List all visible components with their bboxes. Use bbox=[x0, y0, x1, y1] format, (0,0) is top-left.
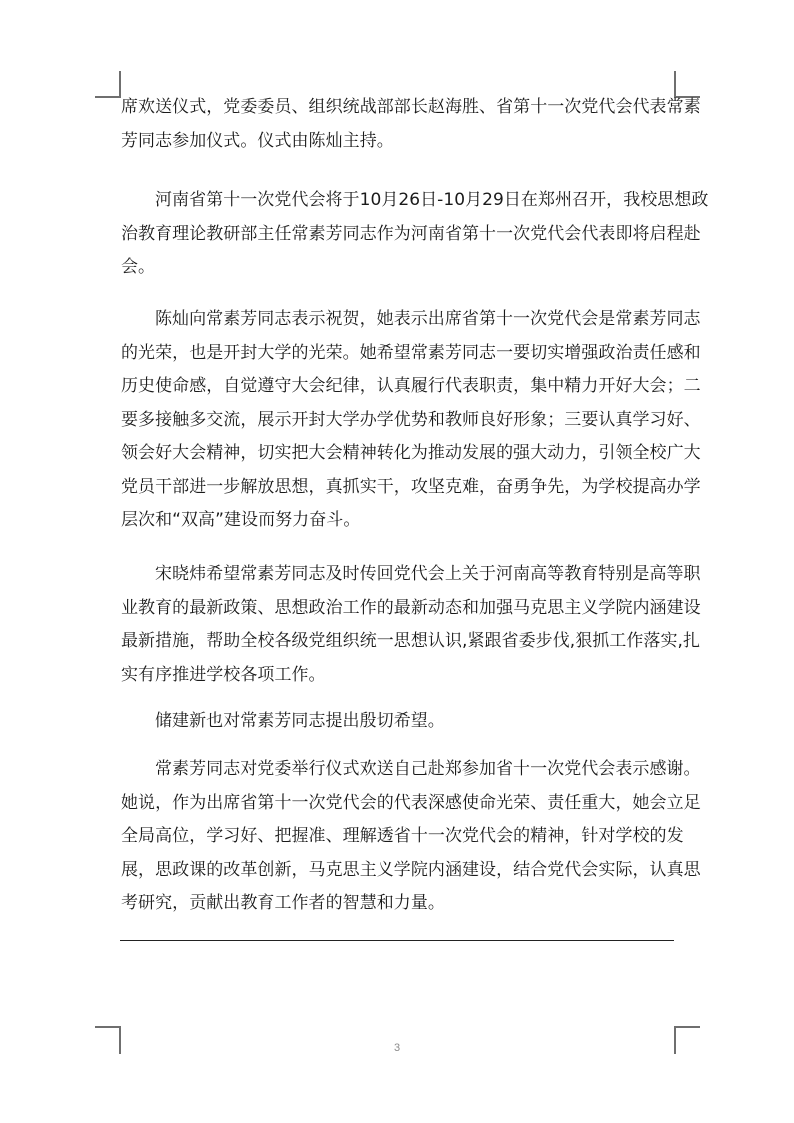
document-page: 席欢送仪式，党委委员、组织统战部部长赵海胜、省第十一次党代会代表常素 芳同志参加… bbox=[0, 0, 794, 1123]
text-line: 席欢送仪式，党委委员、组织统战部部长赵海胜、省第十一次党代会代表常素 bbox=[121, 91, 674, 125]
text-line: 河南省第十一次党代会将于10月26日-10月29日在郑州召开，我校思想政 bbox=[121, 184, 674, 218]
text-line: 实有序推进学校各项工作。 bbox=[121, 659, 674, 693]
page-number: 3 bbox=[0, 1042, 794, 1054]
crop-mark-top-right bbox=[674, 71, 700, 98]
text-line: 陈灿向常素芳同志表示祝贺，她表示出席省第十一次党代会是常素芳同志 bbox=[121, 303, 674, 337]
text-line: 全局高位，学习好、把握准、理解透省十一次党代会的精神，针对学校的发 bbox=[121, 820, 674, 854]
text-line: 芳同志参加仪式。仪式由陈灿主持。 bbox=[121, 125, 674, 159]
text-line: 领会好大会精神，切实把大会精神转化为推动发展的强大动力，引领全校广大 bbox=[121, 437, 674, 471]
paragraph-1: 席欢送仪式，党委委员、组织统战部部长赵海胜、省第十一次党代会代表常素 芳同志参加… bbox=[121, 91, 674, 158]
text-line: 党员干部进一步解放思想，真抓实干，攻坚克难，奋勇争先，为学校提高办学 bbox=[121, 471, 674, 505]
paragraph-3: 陈灿向常素芳同志表示祝贺，她表示出席省第十一次党代会是常素芳同志 的光荣，也是开… bbox=[121, 303, 674, 538]
crop-mark-top-left bbox=[95, 71, 121, 98]
text-line: 历史使命感，自觉遵守大会纪律，认真履行代表职责，集中精力开好大会；二 bbox=[121, 370, 674, 404]
text-line: 储建新也对常素芳同志提出殷切希望。 bbox=[121, 705, 674, 739]
horizontal-rule bbox=[120, 940, 674, 941]
text-line: 考研究，贡献出教育工作者的智慧和力量。 bbox=[121, 887, 674, 921]
paragraph-4: 宋晓炜希望常素芳同志及时传回党代会上关于河南高等教育特别是高等职 业教育的最新政… bbox=[121, 558, 674, 692]
text-line: 宋晓炜希望常素芳同志及时传回党代会上关于河南高等教育特别是高等职 bbox=[121, 558, 674, 592]
text-line: 业教育的最新政策、思想政治工作的最新动态和加强马克思主义学院内涵建设 bbox=[121, 592, 674, 626]
text-line: 要多接触多交流，展示开封大学办学优势和教师良好形象；三要认真学习好、 bbox=[121, 404, 674, 438]
paragraph-6: 常素芳同志对党委举行仪式欢送自己赴郑参加省十一次党代会表示感谢。 她说，作为出席… bbox=[121, 753, 674, 921]
text-line: 最新措施，帮助全校各级党组织统一思想认识,紧跟省委步伐,狠抓工作落实,扎 bbox=[121, 625, 674, 659]
text-line: 层次和“双高”建设而努力奋斗。 bbox=[121, 504, 674, 538]
text-line: 常素芳同志对党委举行仪式欢送自己赴郑参加省十一次党代会表示感谢。 bbox=[121, 753, 674, 787]
text-line: 会。 bbox=[121, 251, 674, 285]
paragraph-5: 储建新也对常素芳同志提出殷切希望。 bbox=[121, 705, 674, 739]
text-line: 治教育理论教研部主任常素芳同志作为河南省第十一次党代会代表即将启程赴 bbox=[121, 218, 674, 252]
paragraph-2: 河南省第十一次党代会将于10月26日-10月29日在郑州召开，我校思想政 治教育… bbox=[121, 184, 674, 285]
text-line: 展，思政课的改革创新，马克思主义学院内涵建设，结合党代会实际，认真思 bbox=[121, 854, 674, 888]
text-line: 的光荣，也是开封大学的光荣。她希望常素芳同志一要切实增强政治责任感和 bbox=[121, 337, 674, 371]
text-line: 她说，作为出席省第十一次党代会的代表深感使命光荣、责任重大，她会立足 bbox=[121, 787, 674, 821]
